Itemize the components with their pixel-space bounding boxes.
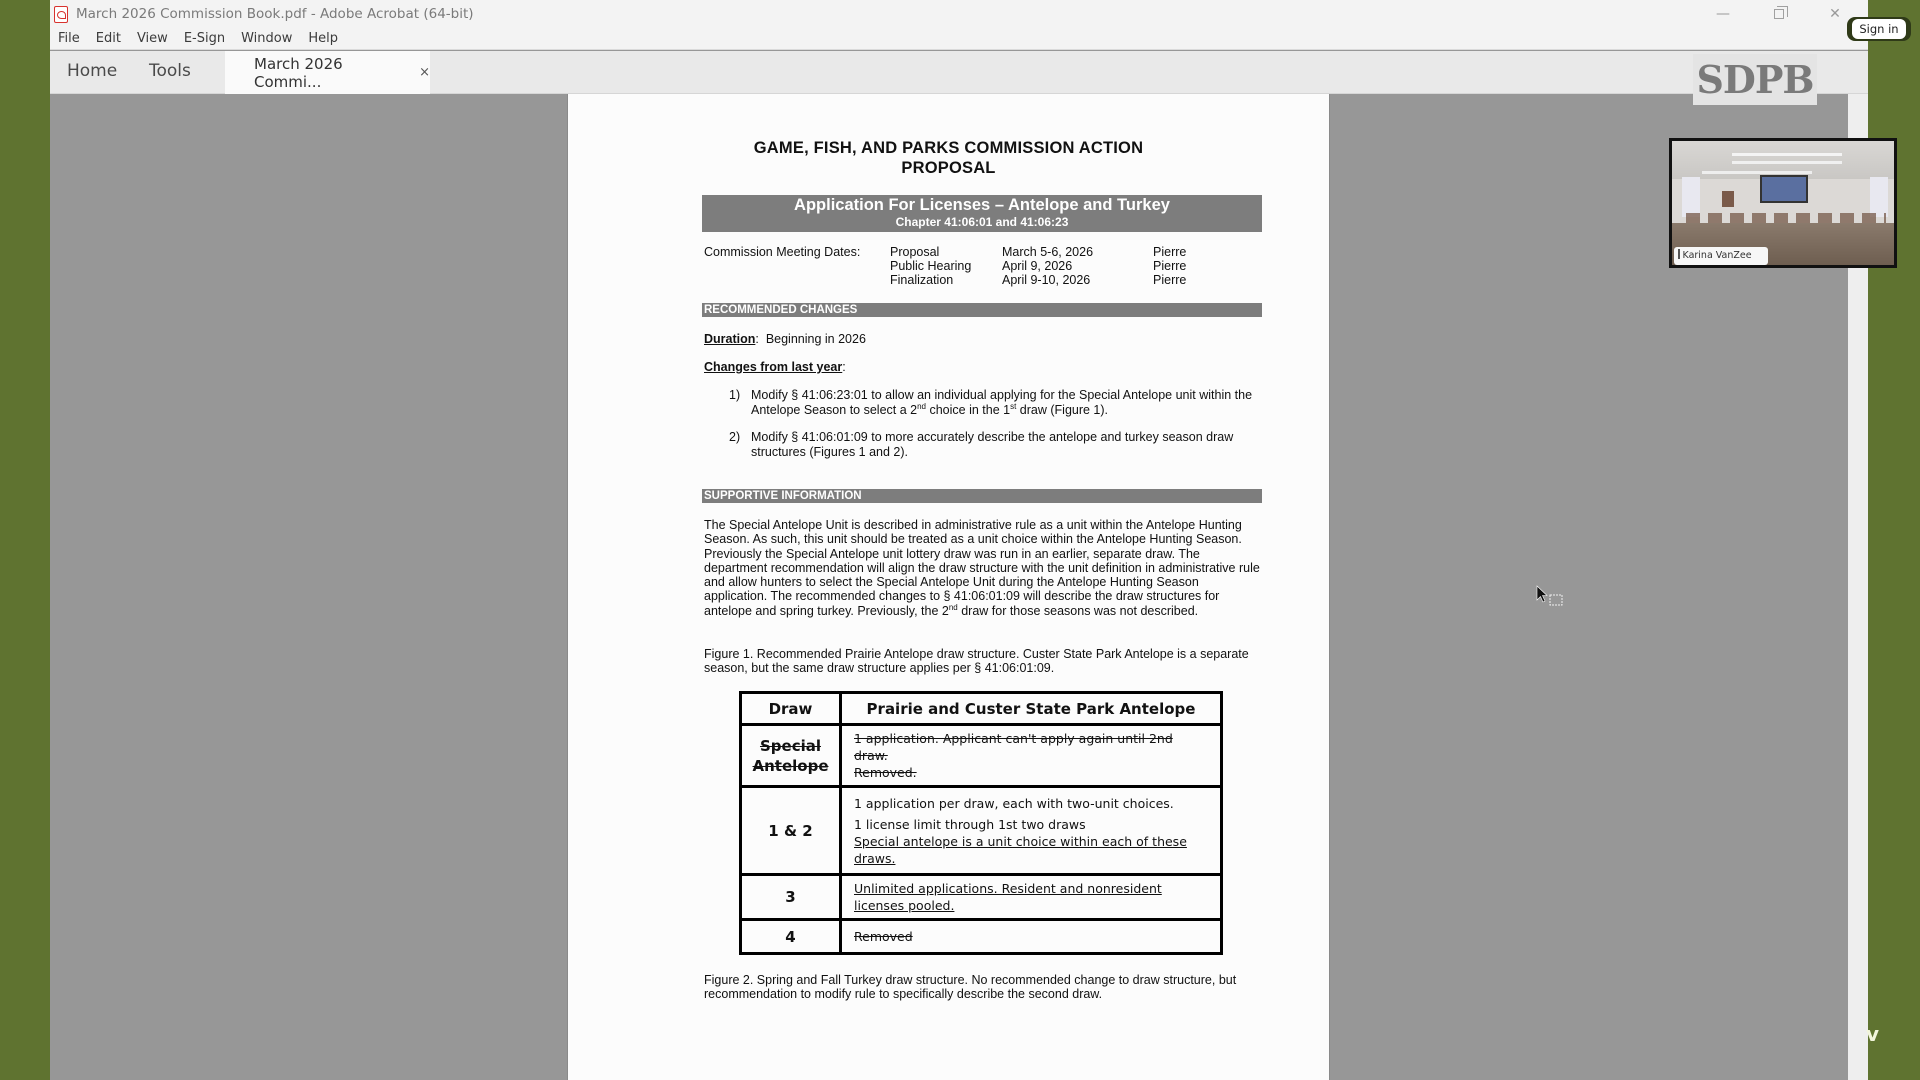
draw-cell: 3: [741, 875, 841, 920]
figure-1-table: Draw Prairie and Custer State Park Antel…: [739, 691, 1223, 955]
item-text: Modify § 41:06:23:01 to allow an individ…: [751, 388, 1259, 417]
header-antelope: Prairie and Custer State Park Antelope: [841, 693, 1222, 725]
banner-subtitle: Chapter 41:06:01 and 41:06:23: [702, 215, 1262, 229]
sdpb-logo: SDPB: [1693, 54, 1817, 105]
banner-title: Application For Licenses – Antelope and …: [702, 196, 1262, 215]
menu-e-sign[interactable]: E-Sign: [183, 31, 226, 46]
proposal-banner: Application For Licenses – Antelope and …: [702, 195, 1262, 232]
change-item: 2) Modify § 41:06:01:09 to more accurate…: [729, 430, 1259, 459]
description-cell: 1 application. Applicant can't apply aga…: [841, 725, 1222, 787]
location: Pierre: [1153, 259, 1186, 273]
presentation-screen: [1760, 175, 1808, 203]
date: April 9-10, 2026: [1002, 273, 1090, 287]
location: Pierre: [1153, 245, 1186, 259]
duration: Duration: Beginning in 2026: [704, 332, 866, 346]
speaker-name-tag: Karina VanZee: [1674, 247, 1768, 265]
table-row: 4 Removed: [741, 920, 1222, 954]
table-row: Special Antelope 1 application. Applican…: [741, 725, 1222, 787]
menu-view[interactable]: View: [136, 31, 169, 46]
supportive-information-header: SUPPORTIVE INFORMATION: [702, 489, 1262, 503]
restore-button[interactable]: [1756, 0, 1802, 28]
title-bar: March 2026 Commission Book.pdf - Adobe A…: [50, 0, 1868, 28]
menu-file[interactable]: File: [57, 31, 81, 46]
video-feed: Karina VanZee: [1669, 138, 1897, 268]
minimize-button[interactable]: —: [1700, 0, 1746, 28]
logo-text: SDPB: [1696, 57, 1813, 102]
menu-window[interactable]: Window: [240, 31, 293, 46]
item-number: 2): [729, 430, 740, 445]
changes-label: Changes from last year:: [704, 360, 846, 374]
figure-2-caption: Figure 2. Spring and Fall Turkey draw st…: [704, 973, 1264, 1002]
table-row: 1 & 2 1 application per draw, each with …: [741, 787, 1222, 875]
stage: Public Hearing: [890, 259, 971, 273]
draw-cell: 1 & 2: [741, 787, 841, 875]
title-line-2: PROPOSAL: [568, 158, 1329, 178]
location: Pierre: [1153, 273, 1186, 287]
table-row: 3 Unlimited applications. Resident and n…: [741, 875, 1222, 920]
header-draw: Draw: [741, 693, 841, 725]
tab-tools[interactable]: Tools: [149, 61, 191, 81]
item-number: 1): [729, 388, 740, 403]
table-header-row: Draw Prairie and Custer State Park Antel…: [741, 693, 1222, 725]
meeting-dates-label: Commission Meeting Dates:: [704, 245, 860, 259]
description-cell: 1 application per draw, each with two-un…: [841, 787, 1222, 875]
item-text: Modify § 41:06:01:09 to more accurately …: [751, 430, 1259, 459]
document-tab-label: March 2026 Commi...: [254, 55, 405, 91]
menu-edit[interactable]: Edit: [95, 31, 122, 46]
pdf-page: GAME, FISH, AND PARKS COMMISSION ACTION …: [567, 94, 1330, 1080]
sign-in-label: Sign in: [1852, 19, 1905, 39]
date: April 9, 2026: [1002, 259, 1072, 273]
minimize-icon: —: [1716, 6, 1730, 22]
window-title: March 2026 Commission Book.pdf - Adobe A…: [76, 6, 474, 22]
chevron-down-icon: v: [1866, 1022, 1879, 1046]
date: March 5-6, 2026: [1002, 245, 1093, 259]
tab-home[interactable]: Home: [67, 61, 117, 81]
pdf-file-icon: [54, 6, 68, 23]
acrobat-window: March 2026 Commission Book.pdf - Adobe A…: [50, 0, 1868, 1080]
duration-value: Beginning in 2026: [766, 332, 866, 346]
close-tab-icon[interactable]: ×: [419, 65, 430, 80]
menu-bar: File Edit View E-Sign Window Help: [50, 28, 1868, 50]
recommended-changes-header: RECOMMENDED CHANGES: [702, 303, 1262, 317]
tab-bar: Home Tools March 2026 Commi... ×: [50, 51, 1868, 94]
document-title: GAME, FISH, AND PARKS COMMISSION ACTION …: [568, 138, 1329, 178]
restore-icon: [1774, 9, 1784, 19]
close-icon: ✕: [1829, 6, 1841, 22]
stage: Proposal: [890, 245, 939, 259]
description-cell: Unlimited applications. Resident and non…: [841, 875, 1222, 920]
figure-1-caption: Figure 1. Recommended Prairie Antelope d…: [704, 647, 1264, 676]
tab-document[interactable]: March 2026 Commi... ×: [225, 51, 430, 94]
menu-help[interactable]: Help: [307, 31, 339, 46]
draw-cell: 4: [741, 920, 841, 954]
duration-label: Duration: [704, 332, 755, 346]
supportive-paragraph: The Special Antelope Unit is described i…: [704, 518, 1264, 618]
change-item: 1) Modify § 41:06:23:01 to allow an indi…: [729, 388, 1259, 417]
sign-in-button[interactable]: Sign in: [1847, 17, 1911, 41]
mouse-cursor-icon: [1535, 584, 1565, 614]
changes-label-text: Changes from last year: [704, 360, 842, 374]
stage: Finalization: [890, 273, 953, 287]
draw-cell: Special Antelope: [741, 725, 841, 787]
title-line-1: GAME, FISH, AND PARKS COMMISSION ACTION: [568, 138, 1329, 158]
description-cell: Removed: [841, 920, 1222, 954]
